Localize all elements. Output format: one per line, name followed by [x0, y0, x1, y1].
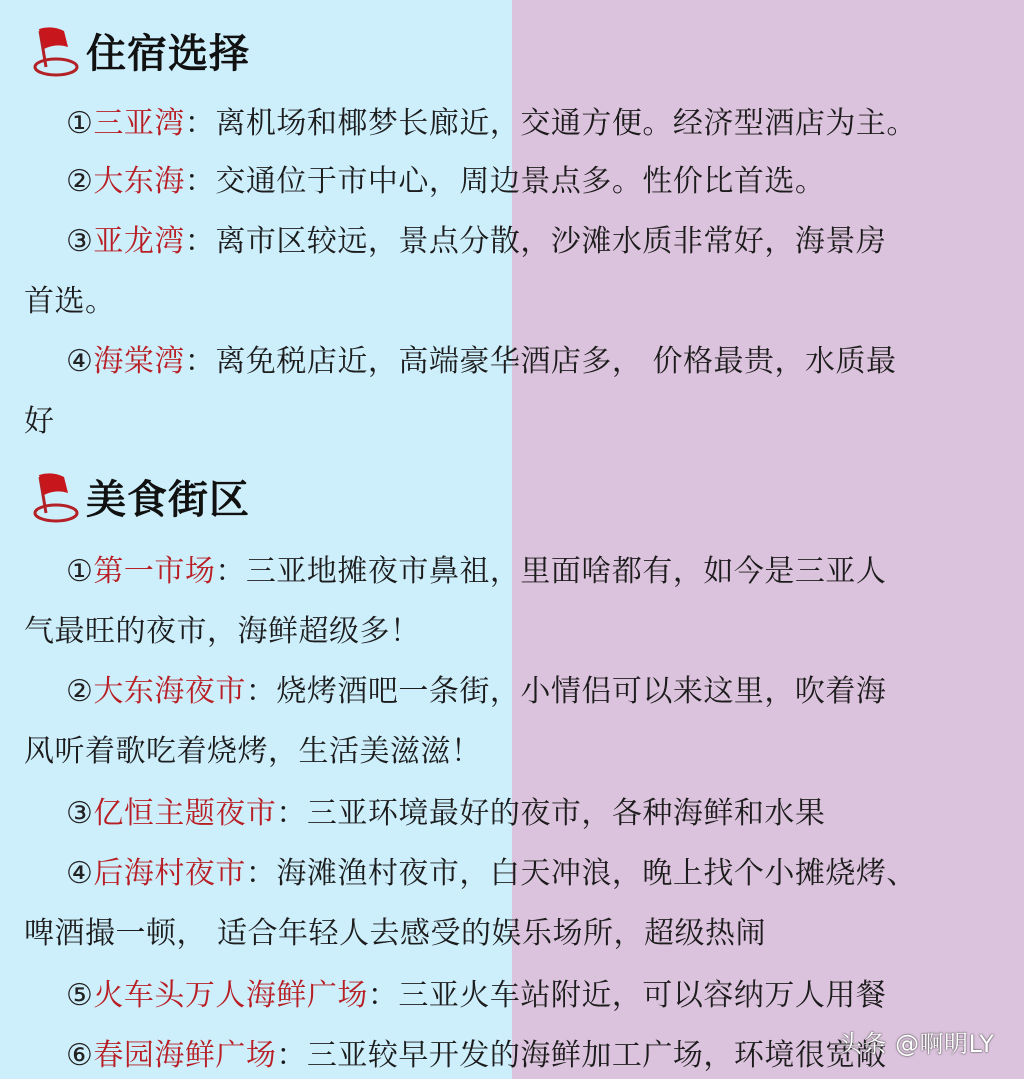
watermark: 头条 @啊明LY — [838, 1024, 994, 1059]
list-item: ④海棠湾：离免税店近，高端豪华酒店多， 价格最贵，水质最 — [66, 344, 896, 380]
list-item: ⑤火车头万人海鲜广场：三亚火车站附近，可以容纳万人用餐 — [66, 978, 886, 1014]
list-item-continuation: 气最旺的夜市，海鲜超级多！ — [24, 614, 421, 650]
section-heading-accommodation: 住宿选择 — [30, 20, 250, 80]
travel-guide-page: 住宿选择 ①三亚湾：离机场和椰梦长廊近，交通方便。经济型酒店为主。 ②大东海：交… — [0, 0, 1024, 1079]
list-item-continuation: 好 — [24, 404, 55, 440]
section-title: 美食街区 — [86, 468, 250, 525]
list-item: ③亿恒主题夜市：三亚环境最好的夜市，各种海鲜和水果 — [66, 796, 825, 832]
list-item: ②大东海：交通位于市中心，周边景点多。性价比首选。 — [66, 164, 825, 200]
list-item-continuation: 首选。 — [24, 284, 116, 320]
red-flag-icon — [30, 469, 84, 523]
list-item: ①三亚湾：离机场和椰梦长廊近，交通方便。经济型酒店为主。 — [66, 106, 917, 142]
list-item: ①第一市场：三亚地摊夜市鼻祖，里面啥都有，如今是三亚人 — [66, 554, 886, 590]
list-item: ③亚龙湾：离市区较远，景点分散，沙滩水质非常好，海景房 — [66, 224, 886, 260]
section-heading-food: 美食街区 — [30, 466, 250, 526]
list-item: ⑥春园海鲜广场：三亚较早开发的海鲜加工广场，环境很宽敞 — [66, 1038, 886, 1074]
list-item: ④后海村夜市：海滩渔村夜市，白天冲浪，晚上找个小摊烧烤、 — [66, 856, 917, 892]
list-item-continuation: 风听着歌吃着烧烤，生活美滋滋！ — [24, 734, 482, 770]
red-flag-icon — [30, 23, 84, 77]
list-item-continuation: 啤酒撮一顿， 适合年轻人去感受的娱乐场所，超级热闹 — [24, 916, 766, 952]
section-title: 住宿选择 — [86, 22, 250, 79]
list-item: ②大东海夜市：烧烤酒吧一条街，小情侣可以来这里，吹着海 — [66, 674, 886, 710]
